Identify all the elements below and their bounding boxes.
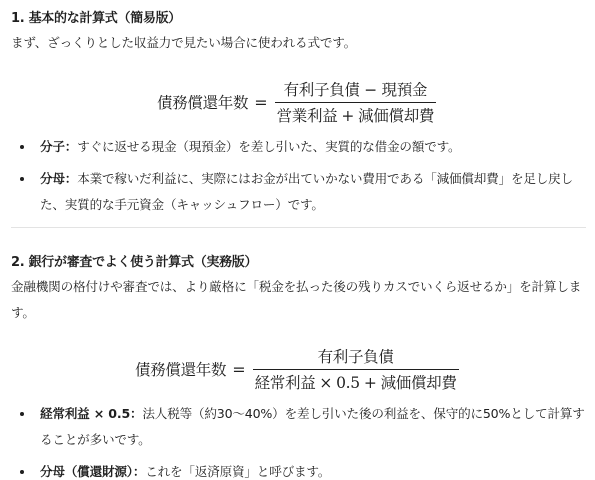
denominator-term-b: 減価償却費	[358, 107, 434, 125]
list-item: 分母（償還財源）：これを「返済原資」と呼びます。	[11, 459, 586, 480]
section-1-bullets: 分子：すぐに返せる現金（現預金）を差し引いた、実質的な借金の額です。 分母：本業…	[11, 134, 586, 218]
denominator-term-a: 営業利益	[277, 107, 338, 125]
section-divider	[11, 227, 586, 228]
list-item-term: 分母（償還財源）：	[40, 464, 145, 479]
list-item-text: 分母：本業で稼いだ利益に、実際にはお金が出ていかない費用である「減価償却費」を足…	[40, 166, 586, 218]
numerator: 有利子負債 − 現預金	[282, 78, 430, 102]
formula-practical: 債務償還年数 = 有利子負債 経常利益×0.5+減価償却費	[135, 345, 459, 393]
bullet-icon	[11, 134, 40, 160]
equals-sign: =	[254, 93, 267, 112]
equals-sign: =	[232, 360, 245, 379]
factor-value: 0.5	[336, 374, 360, 392]
plus-sign: +	[364, 374, 377, 392]
list-item: 分子：すぐに返せる現金（現預金）を差し引いた、実質的な借金の額です。	[11, 134, 586, 160]
list-item-text: 経常利益 × 0.5：法人税等（約30〜40%）を差し引いた後の利益を、保守的に…	[40, 401, 586, 453]
denominator: 経常利益×0.5+減価償却費	[253, 370, 459, 393]
list-item-body: これを「返済原資」と呼びます。	[145, 464, 330, 479]
fraction: 有利子負債 − 現預金 営業利益+減価償却費	[275, 78, 437, 126]
times-sign: ×	[319, 374, 332, 392]
formula-simple: 債務償還年数 = 有利子負債 − 現預金 営業利益+減価償却費	[157, 78, 436, 126]
section-2-heading: 2. 銀行が審査でよく使う計算式（実務版）	[11, 251, 257, 270]
list-item: 経常利益 × 0.5：法人税等（約30〜40%）を差し引いた後の利益を、保守的に…	[11, 401, 586, 453]
list-item-body: 本業で稼いだ利益に、実際にはお金が出ていかない費用である「減価償却費」を足し戻し…	[40, 171, 573, 212]
bullet-icon	[11, 459, 40, 480]
plus-sign: +	[341, 107, 354, 125]
list-item-text: 分子：すぐに返せる現金（現預金）を差し引いた、実質的な借金の額です。	[40, 134, 586, 160]
denominator-term-b: 減価償却費	[381, 374, 457, 392]
list-item-body: すぐに返せる現金（現預金）を差し引いた、実質的な借金の額です。	[77, 139, 460, 154]
formula-lhs: 債務償還年数	[135, 358, 226, 380]
denominator-term-a: 経常利益	[255, 374, 316, 392]
section-1-intro: まず、ざっくりとした収益力で見たい場合に使われる式です。	[11, 30, 586, 56]
list-item-term: 経常利益 × 0.5：	[40, 406, 142, 421]
list-item-term: 分母：	[40, 171, 77, 186]
list-item: 分母：本業で稼いだ利益に、実際にはお金が出ていかない費用である「減価償却費」を足…	[11, 166, 586, 218]
list-item-term: 分子：	[40, 139, 77, 154]
bullet-icon	[11, 401, 40, 453]
numerator: 有利子負債	[316, 345, 396, 369]
list-item-text: 分母（償還財源）：これを「返済原資」と呼びます。	[40, 459, 586, 480]
bullet-icon	[11, 166, 40, 218]
denominator: 営業利益+減価償却費	[275, 103, 437, 126]
section-2-intro: 金融機関の格付けや審査では、より厳格に「税金を払った後の残りカスでいくら返せるか…	[11, 274, 586, 326]
fraction: 有利子負債 経常利益×0.5+減価償却費	[253, 345, 459, 393]
section-2-bullets: 経常利益 × 0.5：法人税等（約30〜40%）を差し引いた後の利益を、保守的に…	[11, 401, 586, 480]
section-1-heading: 1. 基本的な計算式（簡易版）	[11, 7, 181, 26]
formula-lhs: 債務償還年数	[157, 91, 248, 113]
